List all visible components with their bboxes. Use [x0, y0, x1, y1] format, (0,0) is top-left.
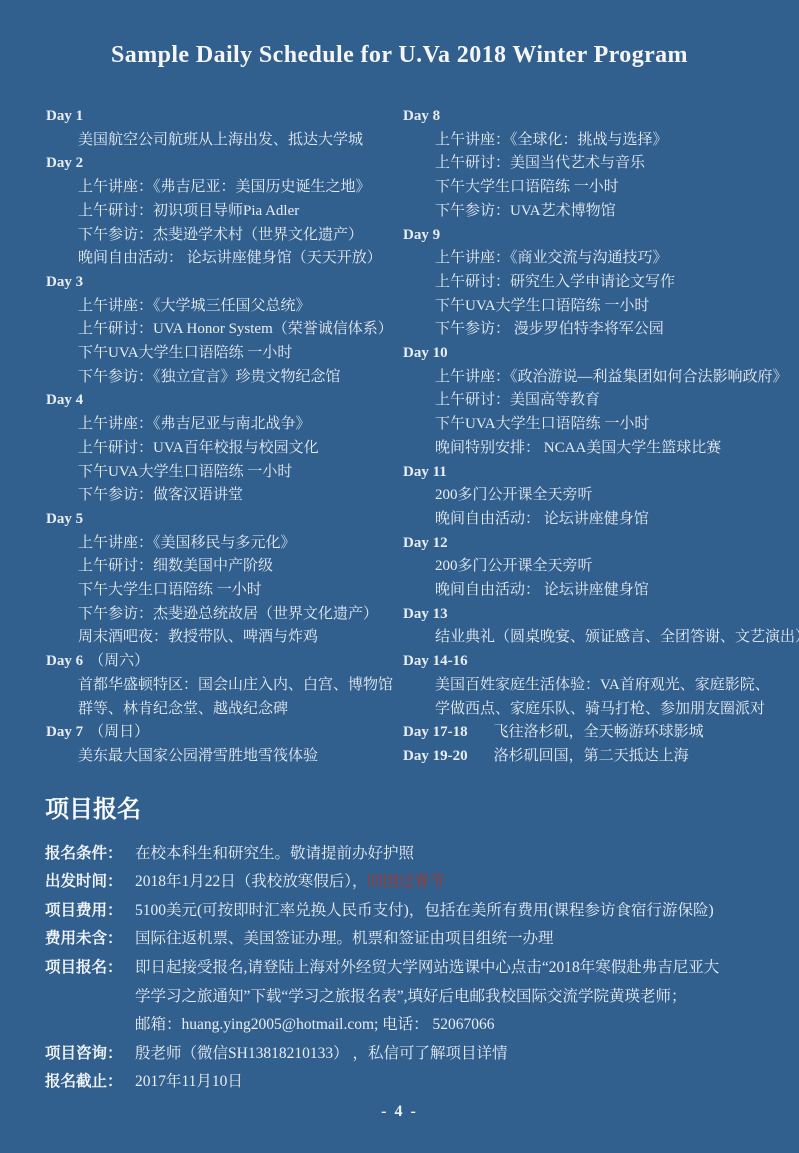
day-block: Day 1美国航空公司航班从上海出发、抵达大学城 — [46, 105, 403, 152]
page-number: - 4 - — [381, 1103, 418, 1120]
registration-content: 在校本科生和研究生。敬请提前办好护照 — [135, 840, 414, 869]
day-row: Day 4 — [46, 389, 403, 413]
day-label: Day 17-18 — [403, 724, 468, 740]
registration-content: 2017年11月10日 — [135, 1068, 243, 1097]
day-item: 首都华盛顿特区：国会山庄入内、白宫、博物馆 — [46, 674, 403, 698]
schedule-column-right: Day 8上午讲座：《全球化：挑战与选择》上午研讨：美国当代艺术与音乐下午大学生… — [403, 105, 791, 769]
day-label: Day 1 — [46, 108, 83, 124]
day-row: Day 10 — [403, 342, 791, 366]
registration-line: 在校本科生和研究生。敬请提前办好护照 — [135, 840, 414, 869]
registration-section: 项目报名 报名条件：在校本科生和研究生。敬请提前办好护照出发时间：2018年1月… — [0, 789, 799, 1097]
registration-header: 项目报名 — [45, 789, 779, 824]
day-row: Day 12 — [403, 532, 791, 556]
day-item: 下午参访： 漫步罗伯特李将军公园 — [403, 318, 791, 342]
page-title: Sample Daily Schedule for U.Va 2018 Wint… — [0, 0, 799, 69]
day-inline-text: 飞往洛杉矶，全天畅游环球影城 — [494, 724, 704, 740]
registration-row: 项目报名：即日起接受报名,请登陆上海对外经贸大学网站选课中心点击“2018年寒假… — [45, 954, 779, 1040]
day-row: Day 19-20洛杉矶回国，第二天抵达上海 — [403, 745, 791, 769]
registration-line: 2017年11月10日 — [135, 1068, 243, 1097]
registration-line: 国际往返机票、美国签证办理。机票和签证由项目组统一办理 — [135, 925, 554, 954]
day-label: Day 19-20 — [403, 748, 468, 764]
day-row: Day 7（周日） — [46, 721, 403, 745]
day-item: 下午大学生口语陪练 一小时 — [46, 579, 403, 603]
day-item: 上午讲座：《美国移民与多元化》 — [46, 532, 403, 556]
day-item: 上午研讨：UVA Honor System（荣誉诚信体系） — [46, 318, 403, 342]
day-item: 下午参访：杰斐逊总统故居（世界文化遗产） — [46, 603, 403, 627]
day-item: 下午大学生口语陪练 一小时 — [403, 176, 791, 200]
day-item: 结业典礼（圆桌晚宴、颁证感言、全团答谢、文艺演出） — [403, 626, 791, 650]
day-label: Day 4 — [46, 392, 83, 408]
registration-label: 出发时间： — [45, 868, 135, 897]
day-block: Day 10上午讲座：《政治游说—利益集团如何合法影响政府》上午研讨：美国高等教… — [403, 342, 791, 461]
day-item: 下午UVA大学生口语陪练 一小时 — [403, 295, 791, 319]
day-item: 晚间自由活动： 论坛讲座健身馆 — [403, 579, 791, 603]
registration-line: 2018年1月22日（我校放寒假后），回国过春节 — [135, 868, 445, 897]
day-block: Day 9上午讲座：《商业交流与沟通技巧》上午研讨：研究生入学申请论文写作下午U… — [403, 224, 791, 343]
day-label: Day 10 — [403, 345, 448, 361]
day-label: Day 13 — [403, 606, 448, 622]
registration-content: 5100美元(可按即时汇率兑换人民币支付)，包括在美所有费用(课程参访食宿行游保… — [135, 897, 714, 926]
registration-row: 费用未含：国际往返机票、美国签证办理。机票和签证由项目组统一办理 — [45, 925, 779, 954]
day-item: 上午研讨：美国当代艺术与音乐 — [403, 152, 791, 176]
day-block: Day 17-18飞往洛杉矶，全天畅游环球影城 — [403, 721, 791, 745]
day-block: Day 7（周日）美东最大国家公园滑雪胜地雪筏体验 — [46, 721, 403, 768]
day-label: Day 8 — [403, 108, 440, 124]
day-item: 上午讲座：《弗吉尼亚与南北战争》 — [46, 413, 403, 437]
registration-content: 2018年1月22日（我校放寒假后），回国过春节 — [135, 868, 445, 897]
day-row: Day 5 — [46, 508, 403, 532]
day-item: 上午研讨：细数美国中产阶级 — [46, 555, 403, 579]
day-inline-text: 洛杉矶回国，第二天抵达上海 — [494, 748, 689, 764]
day-label: Day 9 — [403, 227, 440, 243]
day-block: Day 4上午讲座：《弗吉尼亚与南北战争》上午研讨：UVA百年校报与校园文化下午… — [46, 389, 403, 508]
day-item: 下午参访：UVA艺术博物馆 — [403, 200, 791, 224]
day-block: Day 6（周六）首都华盛顿特区：国会山庄入内、白宫、博物馆群等、林肯纪念堂、越… — [46, 650, 403, 721]
day-item: 下午参访：杰斐逊学术村（世界文化遗产） — [46, 224, 403, 248]
day-block: Day 14-16美国百姓家庭生活体验：VA首府观光、家庭影院、学做西点、家庭乐… — [403, 650, 791, 721]
day-block: Day 5上午讲座：《美国移民与多元化》上午研讨：细数美国中产阶级下午大学生口语… — [46, 508, 403, 650]
day-item: 学做西点、家庭乐队、骑马打枪、参加朋友圈派对 — [403, 698, 791, 722]
day-item: 200多门公开课全天旁听 — [403, 484, 791, 508]
registration-label: 项目咨询： — [45, 1040, 135, 1069]
registration-text: 即日起接受报名,请登陆上海对外经贸大学网站选课中心点击“2018年寒假赴弗吉尼亚… — [135, 959, 719, 976]
day-label: Day 2 — [46, 155, 83, 171]
day-row: Day 9 — [403, 224, 791, 248]
registration-label: 项目报名： — [45, 954, 135, 983]
registration-rows: 报名条件：在校本科生和研究生。敬请提前办好护照出发时间：2018年1月22日（我… — [45, 840, 779, 1097]
day-label: Day 12 — [403, 535, 448, 551]
registration-label: 报名截止： — [45, 1068, 135, 1097]
day-block: Day 19-20洛杉矶回国，第二天抵达上海 — [403, 745, 791, 769]
day-item: 周末酒吧夜：教授带队、啤酒与炸鸡 — [46, 626, 403, 650]
day-block: Day 12200多门公开课全天旁听晚间自由活动： 论坛讲座健身馆 — [403, 532, 791, 603]
day-row: Day 13 — [403, 603, 791, 627]
day-row: Day 2 — [46, 152, 403, 176]
registration-row: 项目咨询：殷老师（微信SH13818210133） ，私信可了解项目详情 — [45, 1040, 779, 1069]
registration-text-red: 回国过春节 — [368, 873, 446, 890]
registration-text: 国际往返机票、美国签证办理。机票和签证由项目组统一办理 — [135, 930, 554, 947]
registration-text: 2017年11月10日 — [135, 1073, 243, 1090]
day-item: 晚间自由活动： 论坛讲座健身馆（天天开放） — [46, 247, 403, 271]
day-item: 下午参访：做客汉语讲堂 — [46, 484, 403, 508]
day-row: Day 14-16 — [403, 650, 791, 674]
day-item: 下午UVA大学生口语陪练 一小时 — [46, 342, 403, 366]
day-row: Day 1 — [46, 105, 403, 129]
day-label: Day 6 — [46, 653, 83, 669]
day-item: 晚间特别安排： NCAA美国大学生篮球比赛 — [403, 437, 791, 461]
day-row: Day 3 — [46, 271, 403, 295]
day-item: 上午讲座：《商业交流与沟通技巧》 — [403, 247, 791, 271]
day-block: Day 3上午讲座：《大学城三任国父总统》上午研讨：UVA Honor Syst… — [46, 271, 403, 390]
registration-text: 学学习之旅通知”下载“学习之旅报名表”,填好后电邮我校国际交流学院黄瑛老师； — [135, 988, 687, 1005]
day-label: Day 11 — [403, 464, 447, 480]
day-suffix: （周六） — [89, 653, 149, 669]
registration-label: 项目费用： — [45, 897, 135, 926]
registration-content: 国际往返机票、美国签证办理。机票和签证由项目组统一办理 — [135, 925, 554, 954]
day-block: Day 13结业典礼（圆桌晚宴、颁证感言、全团答谢、文艺演出） — [403, 603, 791, 650]
schedule-section: Day 1美国航空公司航班从上海出发、抵达大学城Day 2上午讲座：《弗吉尼亚：… — [0, 105, 799, 769]
day-suffix: （周日） — [89, 724, 149, 740]
day-row: Day 6（周六） — [46, 650, 403, 674]
day-item: 上午研讨：UVA百年校报与校园文化 — [46, 437, 403, 461]
document-header: Sample Daily Schedule for U.Va 2018 Wint… — [0, 0, 799, 69]
day-label: Day 5 — [46, 511, 83, 527]
registration-row: 项目费用：5100美元(可按即时汇率兑换人民币支付)，包括在美所有费用(课程参访… — [45, 897, 779, 926]
day-item: 上午讲座：《大学城三任国父总统》 — [46, 295, 403, 319]
registration-line: 学学习之旅通知”下载“学习之旅报名表”,填好后电邮我校国际交流学院黄瑛老师； — [135, 983, 719, 1012]
registration-row: 出发时间：2018年1月22日（我校放寒假后），回国过春节 — [45, 868, 779, 897]
day-item: 上午研讨：初识项目导师Pia Adler — [46, 200, 403, 224]
day-item: 美东最大国家公园滑雪胜地雪筏体验 — [46, 745, 403, 769]
registration-text: 5100美元(可按即时汇率兑换人民币支付)，包括在美所有费用(课程参访食宿行游保… — [135, 902, 714, 919]
day-block: Day 8上午讲座：《全球化：挑战与选择》上午研讨：美国当代艺术与音乐下午大学生… — [403, 105, 791, 224]
day-item: 晚间自由活动： 论坛讲座健身馆 — [403, 508, 791, 532]
day-label: Day 14-16 — [403, 653, 468, 669]
schedule-column-left: Day 1美国航空公司航班从上海出发、抵达大学城Day 2上午讲座：《弗吉尼亚：… — [46, 105, 403, 769]
registration-row: 报名条件：在校本科生和研究生。敬请提前办好护照 — [45, 840, 779, 869]
document-footer: - 4 - — [0, 1103, 799, 1121]
registration-content: 殷老师（微信SH13818210133） ，私信可了解项目详情 — [135, 1040, 507, 1069]
day-label: Day 7 — [46, 724, 83, 740]
registration-line: 5100美元(可按即时汇率兑换人民币支付)，包括在美所有费用(课程参访食宿行游保… — [135, 897, 714, 926]
day-item: 上午讲座：《全球化：挑战与选择》 — [403, 129, 791, 153]
day-item: 上午研讨：美国高等教育 — [403, 389, 791, 413]
registration-label: 费用未含： — [45, 925, 135, 954]
registration-text: 殷老师（微信SH13818210133） ，私信可了解项目详情 — [135, 1045, 507, 1062]
registration-line: 殷老师（微信SH13818210133） ，私信可了解项目详情 — [135, 1040, 507, 1069]
day-block: Day 11200多门公开课全天旁听晚间自由活动： 论坛讲座健身馆 — [403, 461, 791, 532]
day-row: Day 11 — [403, 461, 791, 485]
registration-text: 2018年1月22日（我校放寒假后）， — [135, 873, 368, 890]
document-page: { "page": { "title": "Sample Daily Sched… — [0, 0, 799, 1153]
registration-row: 报名截止：2017年11月10日 — [45, 1068, 779, 1097]
day-item: 下午UVA大学生口语陪练 一小时 — [403, 413, 791, 437]
registration-text: 邮箱：huang.ying2005@hotmail.com; 电话： 52067… — [135, 1016, 495, 1033]
day-item: 上午讲座：《弗吉尼亚：美国历史诞生之地》 — [46, 176, 403, 200]
day-item: 群等、林肯纪念堂、越战纪念碑 — [46, 698, 403, 722]
day-block: Day 2上午讲座：《弗吉尼亚：美国历史诞生之地》上午研讨：初识项目导师Pia … — [46, 152, 403, 271]
day-item: 上午讲座：《政治游说—利益集团如何合法影响政府》 — [403, 366, 791, 390]
day-item: 美国航空公司航班从上海出发、抵达大学城 — [46, 129, 403, 153]
day-item: 上午研讨：研究生入学申请论文写作 — [403, 271, 791, 295]
registration-label: 报名条件： — [45, 840, 135, 869]
registration-line: 即日起接受报名,请登陆上海对外经贸大学网站选课中心点击“2018年寒假赴弗吉尼亚… — [135, 954, 719, 983]
day-item: 美国百姓家庭生活体验：VA首府观光、家庭影院、 — [403, 674, 791, 698]
registration-content: 即日起接受报名,请登陆上海对外经贸大学网站选课中心点击“2018年寒假赴弗吉尼亚… — [135, 954, 719, 1040]
registration-text: 在校本科生和研究生。敬请提前办好护照 — [135, 845, 414, 862]
day-row: Day 17-18飞往洛杉矶，全天畅游环球影城 — [403, 721, 791, 745]
registration-line: 邮箱：huang.ying2005@hotmail.com; 电话： 52067… — [135, 1011, 719, 1040]
day-row: Day 8 — [403, 105, 791, 129]
day-item: 200多门公开课全天旁听 — [403, 555, 791, 579]
day-label: Day 3 — [46, 274, 83, 290]
day-item: 下午参访：《独立宣言》珍贵文物纪念馆 — [46, 366, 403, 390]
day-item: 下午UVA大学生口语陪练 一小时 — [46, 461, 403, 485]
